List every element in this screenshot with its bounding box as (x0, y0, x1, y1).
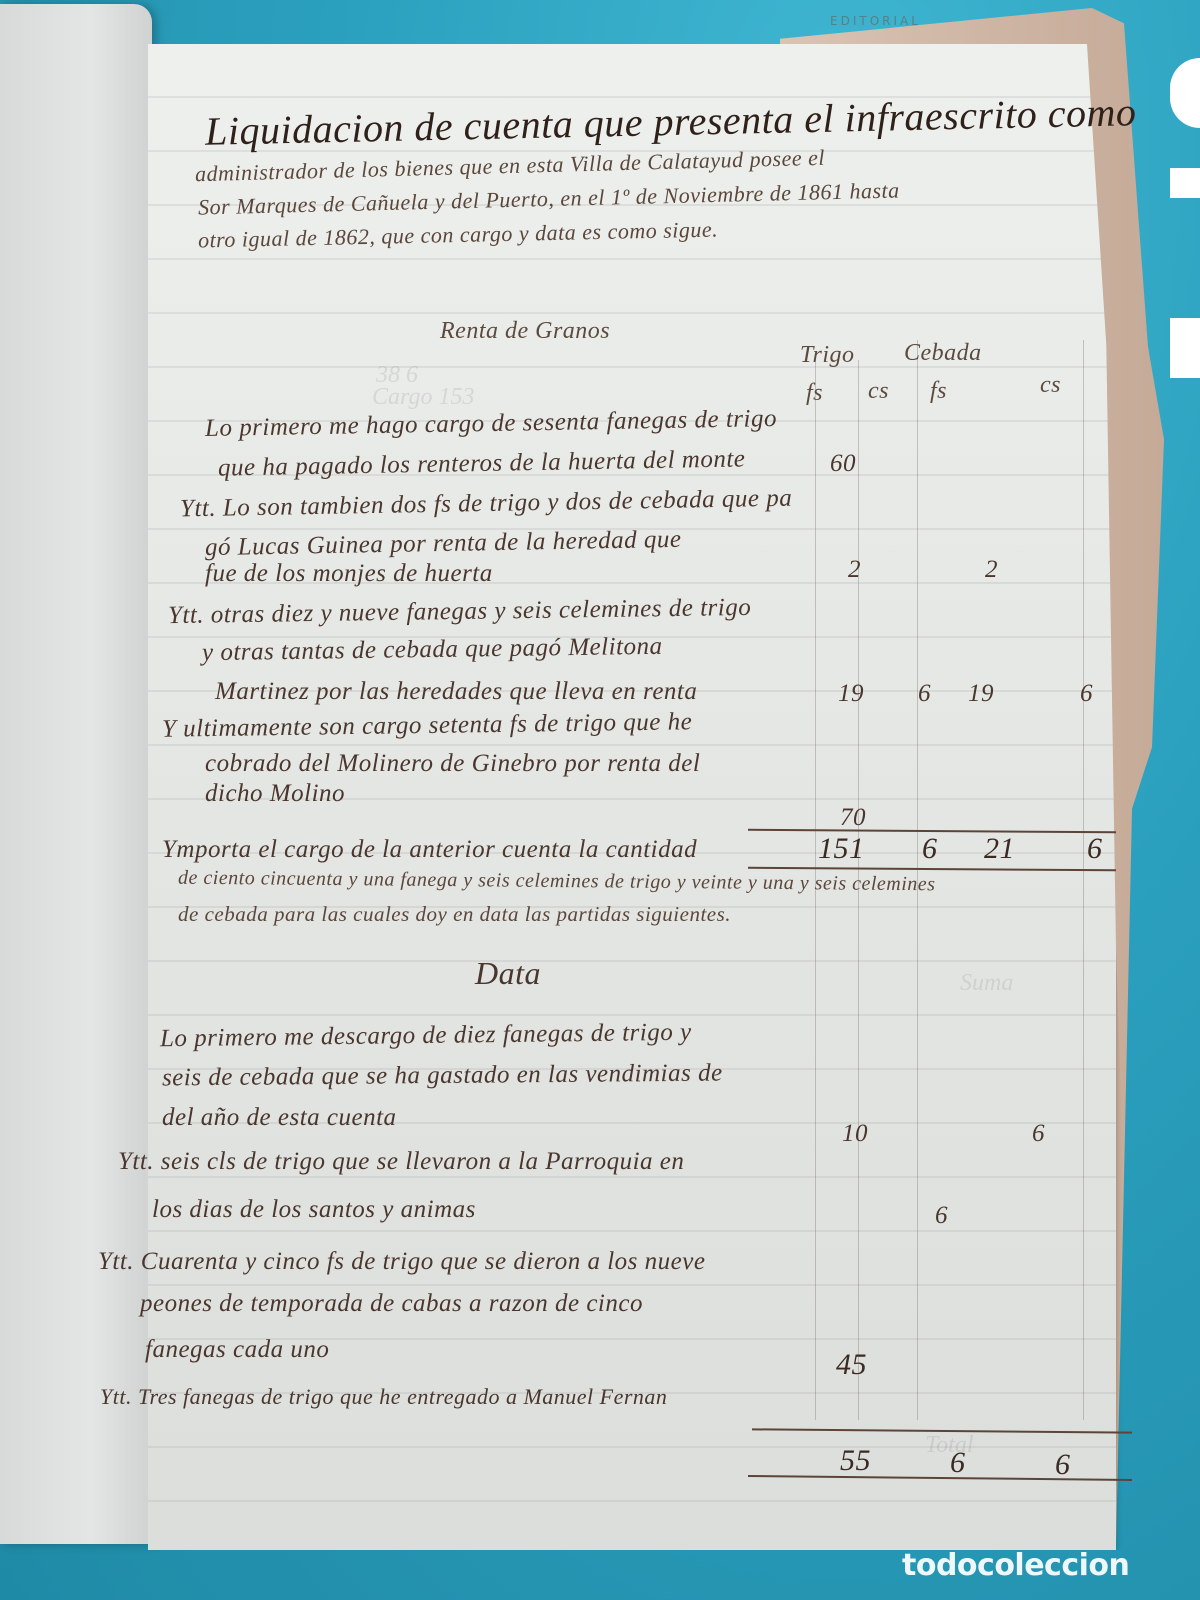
left-facing-page (0, 4, 152, 1544)
subtotal-trigo-cs: 6 (950, 1446, 966, 1480)
data-amount-trigo-fs: 10 (842, 1120, 868, 1148)
amount-trigo-fs: 19 (838, 680, 864, 708)
data-amount-cebada-cs: 6 (1032, 1120, 1045, 1148)
column-rule-cebada-right (1083, 340, 1084, 1420)
bleed-through-text: Suma (960, 970, 1013, 997)
data-amount-trigo-fs: 45 (836, 1348, 867, 1382)
subtotal-cebada-cs: 6 (1055, 1448, 1071, 1482)
cargo-total-line: Ymporta el cargo de la anterior cuenta l… (162, 836, 697, 864)
todocoleccion-watermark: todocoleccion (902, 1548, 1129, 1583)
unit-trigo-celemines: cs (868, 378, 889, 405)
watermark-side-glyph (1170, 18, 1200, 438)
column-header-cebada: Cebada (904, 340, 982, 367)
cargo-line: dicho Molino (205, 780, 345, 808)
total-trigo-fs: 151 (818, 832, 865, 866)
total-cebada-cs: 6 (1087, 832, 1103, 866)
total-trigo-cs: 6 (922, 832, 938, 866)
bleed-through-text: Cargo 153 (372, 384, 474, 411)
total-cebada-fs: 21 (984, 832, 1015, 866)
cargo-line: cobrado del Molinero de Ginebro por rent… (205, 750, 700, 778)
amount-cebada-cs: 6 (1080, 680, 1093, 708)
total-in-words: de cebada para las cuales doy en data la… (178, 902, 731, 927)
data-amount-trigo-cs: 6 (935, 1202, 948, 1230)
amount-trigo-fs: 60 (830, 450, 856, 478)
column-header-trigo: Trigo (800, 342, 855, 369)
data-line: Ytt. Tres fanegas de trigo que he entreg… (100, 1384, 667, 1410)
data-line: peones de temporada de cabas a razon de … (140, 1290, 643, 1318)
data-line: Ytt. Cuarenta y cinco fs de trigo que se… (98, 1248, 705, 1276)
data-line: fanegas cada uno (145, 1336, 329, 1364)
section-heading-renta-de-granos: Renta de Granos (440, 318, 610, 345)
unit-trigo-fanegas: fs (806, 380, 823, 407)
cargo-line: Martinez por las heredades que lleva en … (215, 678, 697, 706)
amount-cebada-fs: 2 (985, 556, 998, 584)
amount-trigo-cs: 6 (918, 680, 931, 708)
amount-trigo-fs: 2 (848, 556, 861, 584)
amount-cebada-fs: 19 (968, 680, 994, 708)
unit-cebada-fanegas: fs (930, 378, 947, 405)
section-heading-data: Data (475, 955, 541, 992)
data-line: los dias de los santos y animas (152, 1196, 476, 1224)
data-line: Ytt. seis cls de trigo que se llevaron a… (118, 1148, 684, 1176)
amount-trigo-fs: 70 (840, 804, 866, 832)
data-line: del año de esta cuenta (162, 1104, 397, 1132)
subtotal-trigo-fs: 55 (840, 1444, 871, 1478)
cargo-line: fue de los monjes de huerta (205, 560, 493, 588)
folder-print-text: EDITORIAL (830, 14, 921, 28)
unit-cebada-celemines: cs (1040, 372, 1061, 399)
data-line: seis de cebada que se ha gastado en las … (162, 1060, 723, 1093)
